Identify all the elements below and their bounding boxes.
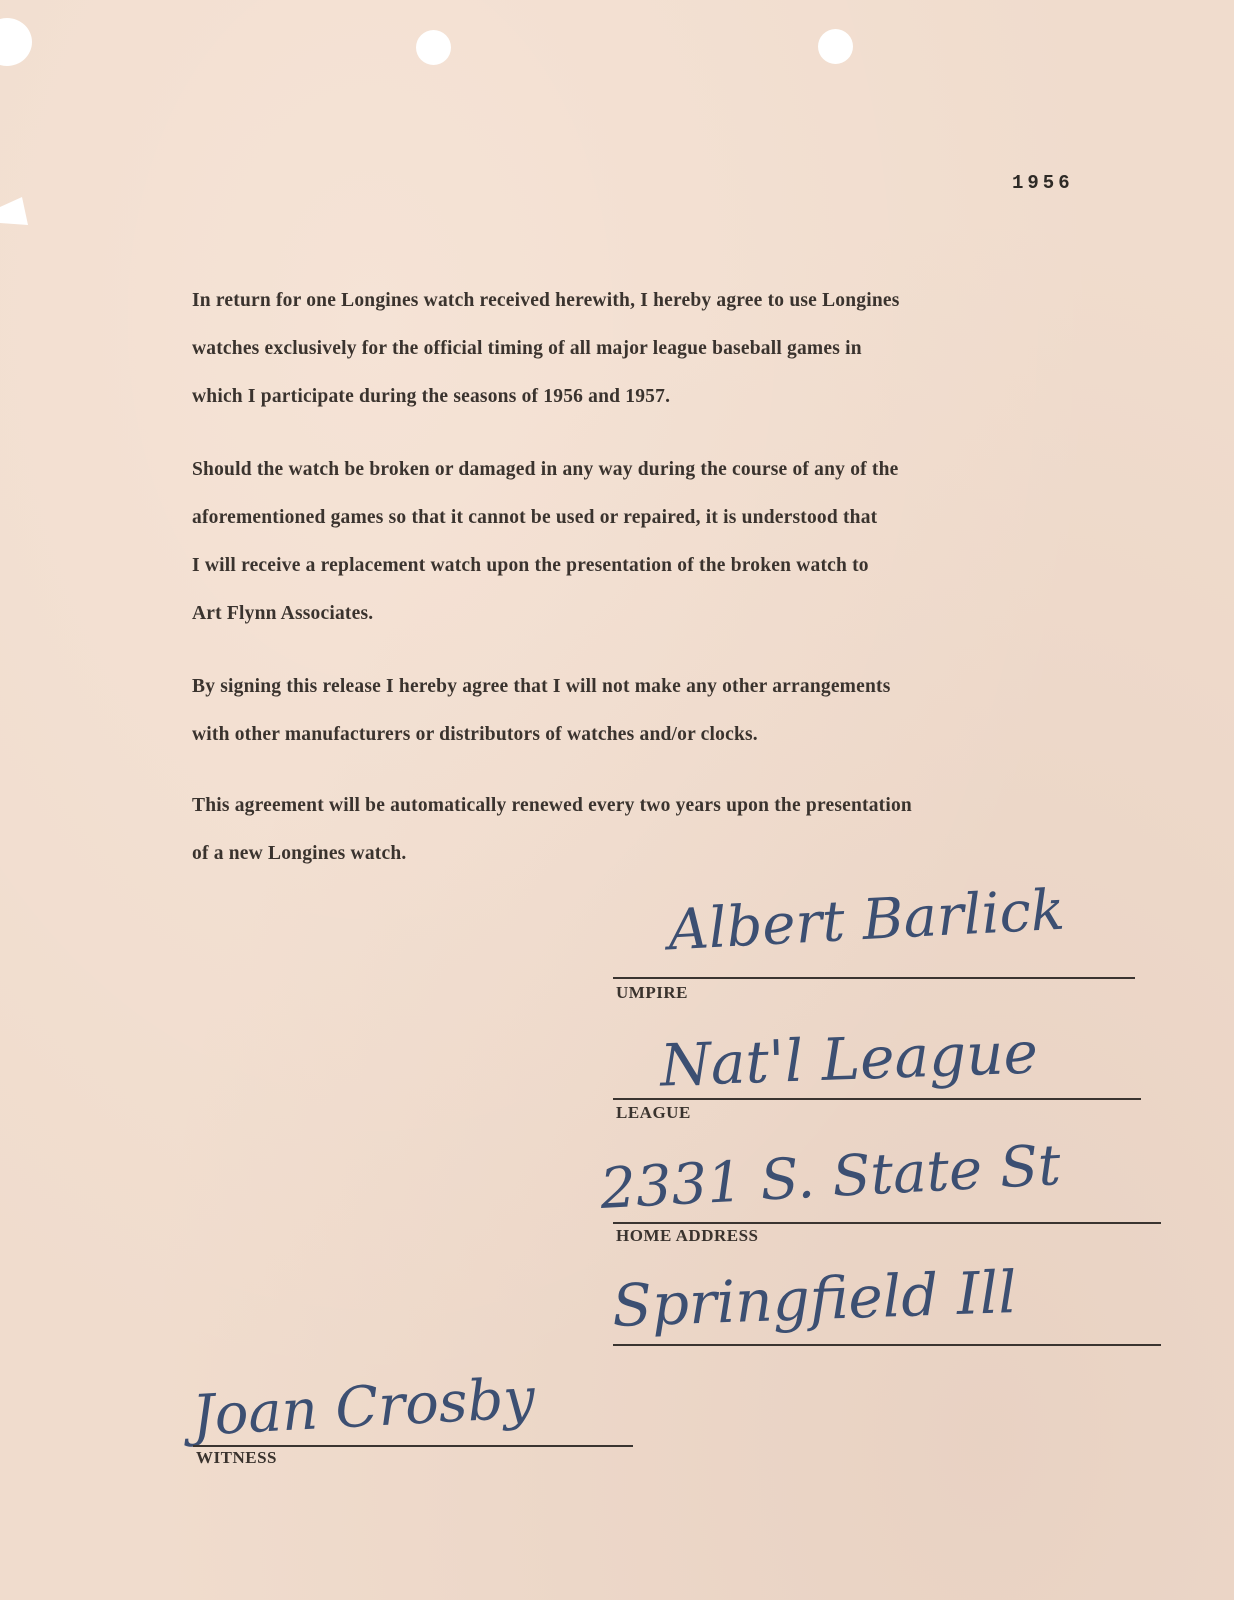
home-address-label: HOME ADDRESS — [616, 1226, 759, 1246]
paragraph-line: I will receive a replacement watch upon … — [192, 542, 1122, 590]
league-signature-line — [613, 1098, 1141, 1100]
home-address-line1[interactable]: 2331 S. State St — [599, 1133, 1063, 1222]
paragraph-line: which I participate during the seasons o… — [192, 373, 1122, 421]
paragraph-line: By signing this release I hereby agree t… — [192, 663, 1122, 711]
paragraph-line: This agreement will be automatically ren… — [192, 782, 1122, 830]
home-address-line2-underline — [613, 1344, 1161, 1346]
witness-label: WITNESS — [196, 1448, 277, 1468]
torn-edge — [0, 195, 30, 235]
paragraph-line: of a new Longines watch. — [192, 830, 1122, 878]
paragraph-line: watches exclusively for the official tim… — [192, 325, 1122, 373]
league-signature[interactable]: Nat'l League — [659, 1018, 1039, 1099]
home-address-line2[interactable]: Springfield Ill — [611, 1258, 1018, 1340]
document-year: 1956 — [1012, 172, 1074, 194]
umpire-signature-line — [613, 977, 1135, 979]
paragraph-line: Art Flynn Associates. — [192, 590, 1122, 638]
punch-hole-left — [0, 18, 32, 66]
paragraph-3: By signing this release I hereby agree t… — [192, 663, 1122, 759]
punch-hole-center — [416, 30, 451, 65]
umpire-signature[interactable]: Albert Barlick — [667, 878, 1067, 964]
paragraph-line: with other manufacturers or distributors… — [192, 711, 1122, 759]
paragraph-2: Should the watch be broken or damaged in… — [192, 446, 1122, 638]
league-label: LEAGUE — [616, 1103, 691, 1123]
punch-hole-right — [818, 29, 853, 64]
paragraph-1: In return for one Longines watch receive… — [192, 277, 1122, 421]
umpire-label: UMPIRE — [616, 983, 688, 1003]
witness-signature-line — [193, 1445, 633, 1447]
paragraph-line: In return for one Longines watch receive… — [192, 277, 1122, 325]
home-address-signature-line — [613, 1222, 1161, 1224]
paragraph-4: This agreement will be automatically ren… — [192, 782, 1122, 878]
paragraph-line: aforementioned games so that it cannot b… — [192, 494, 1122, 542]
paragraph-line: Should the watch be broken or damaged in… — [192, 446, 1122, 494]
witness-signature[interactable]: Joan Crosby — [191, 1366, 537, 1449]
